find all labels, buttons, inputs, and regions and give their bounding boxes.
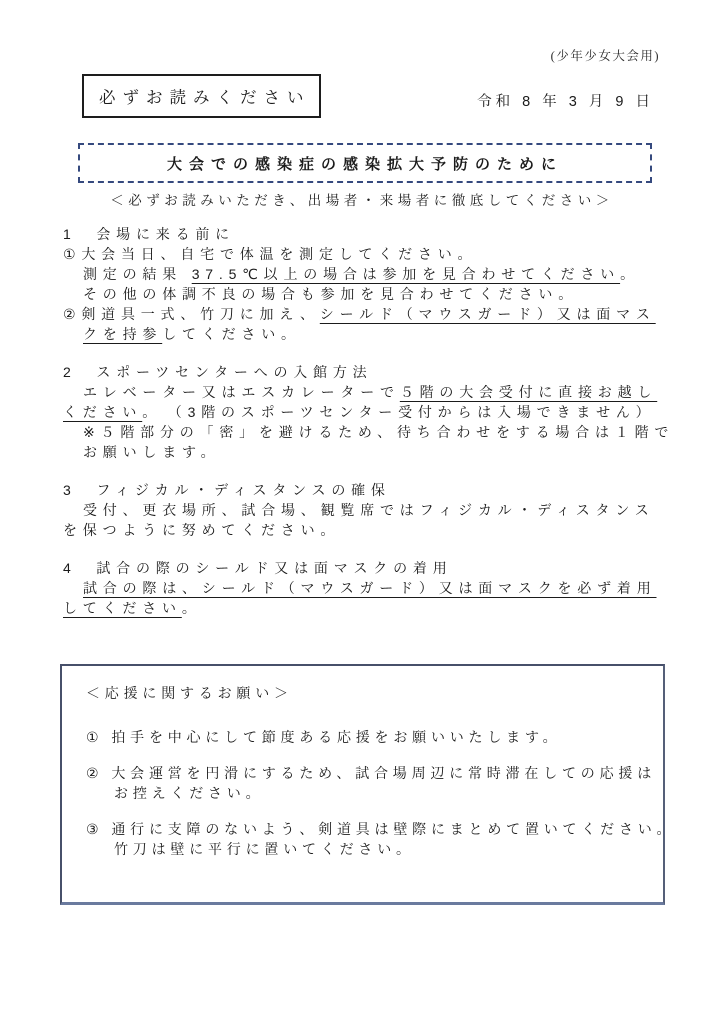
underlined-text: してください: [63, 600, 182, 616]
text-segment: ①大会当日、自宅で体温を測定してください。: [63, 246, 477, 262]
section-line: ②剣道具一式、竹刀に加え、シールド（マウスガード）又は面マス: [63, 304, 665, 324]
underlined-text: 試合の際は、シールド（マウスガード）又は面マスクを必ず着用: [83, 580, 657, 596]
section-line: してください。: [63, 598, 665, 618]
notice-item-line: 竹刀は壁に平行に置いてください。: [86, 839, 653, 859]
text-segment: お願いします。: [83, 444, 220, 460]
text-segment: 。: [620, 266, 640, 282]
section-heading: 1 会場に来る前に: [63, 224, 665, 244]
text-segment: 測定の結果: [83, 266, 192, 282]
underlined-text: ください: [63, 404, 142, 420]
underlined-text: クを持参: [83, 326, 162, 342]
section-line: クを持参してください。: [63, 324, 665, 344]
text-segment: してください。: [162, 326, 301, 342]
section-heading: 2 スポーツセンターへの入館方法: [63, 362, 665, 382]
document-date: 令和 8 年 3 月 9 日: [477, 90, 654, 111]
item-marker: ①: [86, 729, 103, 745]
text-segment: ※５階部分の「密」を避けるため、待ち合わせをする場合は１階で: [83, 424, 674, 440]
section-line: エレベーター又はエスカレーターで５階の大会受付に直接お越し: [63, 382, 665, 402]
section: 1 会場に来る前に①大会当日、自宅で体温を測定してください。測定の結果 37.5…: [63, 224, 665, 344]
underlined-text: 37.5℃以上の場合は参加を見合わせてください: [192, 266, 620, 282]
section: 2 スポーツセンターへの入館方法エレベーター又はエスカレーターで５階の大会受付に…: [63, 362, 665, 462]
body-sections: 1 会場に来る前に①大会当日、自宅で体温を測定してください。測定の結果 37.5…: [63, 224, 665, 636]
notice-item-line: お控えください。: [86, 783, 653, 803]
item-text: 拍手を中心にして節度ある応援をお願いいたします。: [111, 729, 561, 745]
notice-item-line: ③通行に支障のないよう、剣道具は壁際にまとめて置いてください。: [86, 819, 653, 839]
section-line: ①大会当日、自宅で体温を測定してください。: [63, 244, 665, 264]
section-heading: 3 フィジカル・ディスタンスの確保: [63, 480, 665, 500]
notice-item: ③通行に支障のないよう、剣道具は壁際にまとめて置いてください。竹刀は壁に平行に置…: [86, 819, 653, 859]
document-page: (少年少女大会用) 必ずお読みください 令和 8 年 3 月 9 日 大会での感…: [0, 0, 724, 1024]
item-text: 竹刀は壁に平行に置いてください。: [114, 841, 415, 857]
section: 4 試合の際のシールド又は面マスクの着用試合の際は、シールド（マウスガード）又は…: [63, 558, 665, 618]
item-text: 大会運営を円滑にするため、試合場周辺に常時滞在しての応援は: [111, 765, 656, 781]
title-box: 大会での感染症の感染拡大予防のために: [78, 143, 652, 183]
text-segment: を保つように努めてください。: [63, 522, 340, 538]
text-segment: 。 （3階のスポーツセンター受付からは入場できません）: [142, 404, 655, 420]
section-line: 測定の結果 37.5℃以上の場合は参加を見合わせてください。: [63, 264, 665, 284]
text-segment: ②剣道具一式、竹刀に加え、: [63, 306, 320, 322]
notice-item-line: ①拍手を中心にして節度ある応援をお願いいたします。: [86, 727, 653, 747]
section-heading: 4 試合の際のシールド又は面マスクの着用: [63, 558, 665, 578]
section-line: を保つように努めてください。: [63, 520, 665, 540]
document-subtitle: ＜必ずお読みいただき、出場者・来場者に徹底してください＞: [0, 189, 724, 209]
section-line: お願いします。: [63, 442, 665, 462]
notice-item: ①拍手を中心にして節度ある応援をお願いいたします。: [86, 727, 653, 747]
text-segment: その他の体調不良の場合も参加を見合わせてください。: [83, 286, 578, 302]
item-text: お控えください。: [114, 785, 264, 801]
notice-item-line: ②大会運営を円滑にするため、試合場周辺に常時滞在しての応援は: [86, 763, 653, 783]
section-line: ※５階部分の「密」を避けるため、待ち合わせをする場合は１階で: [63, 422, 665, 442]
underlined-text: シールド（マウスガード）又は面マス: [320, 306, 656, 322]
corner-label: (少年少女大会用): [551, 46, 660, 64]
text-segment: 受付、更衣場所、試合場、観覧席ではフィジカル・ディスタンス: [83, 502, 655, 518]
underlined-text: ５階の大会受付に直接お越し: [400, 384, 657, 400]
notice-item: ②大会運営を円滑にするため、試合場周辺に常時滞在しての応援はお控えください。: [86, 763, 653, 803]
section: 3 フィジカル・ディスタンスの確保受付、更衣場所、試合場、観覧席ではフィジカル・…: [63, 480, 665, 540]
cheering-notice-box: ＜応援に関するお願い＞ ①拍手を中心にして節度ある応援をお願いいたします。②大会…: [60, 664, 665, 905]
must-read-box: 必ずお読みください: [82, 74, 321, 118]
item-marker: ②: [86, 765, 103, 781]
notice-items: ①拍手を中心にして節度ある応援をお願いいたします。②大会運営を円滑にするため、試…: [86, 727, 653, 859]
item-text: 通行に支障のないよう、剣道具は壁際にまとめて置いてください。: [111, 821, 675, 837]
section-line: 受付、更衣場所、試合場、観覧席ではフィジカル・ディスタンス: [63, 500, 665, 520]
text-segment: 。: [182, 600, 202, 616]
section-line: ください。 （3階のスポーツセンター受付からは入場できません）: [63, 402, 665, 422]
item-marker: ③: [86, 821, 103, 837]
section-line: その他の体調不良の場合も参加を見合わせてください。: [63, 284, 665, 304]
notice-heading: ＜応援に関するお願い＞: [86, 683, 653, 703]
text-segment: エレベーター又はエスカレーターで: [83, 384, 400, 400]
section-line: 試合の際は、シールド（マウスガード）又は面マスクを必ず着用: [63, 578, 665, 598]
must-read-text: 必ずお読みください: [99, 89, 311, 107]
document-title: 大会での感染症の感染拡大予防のために: [167, 156, 563, 173]
